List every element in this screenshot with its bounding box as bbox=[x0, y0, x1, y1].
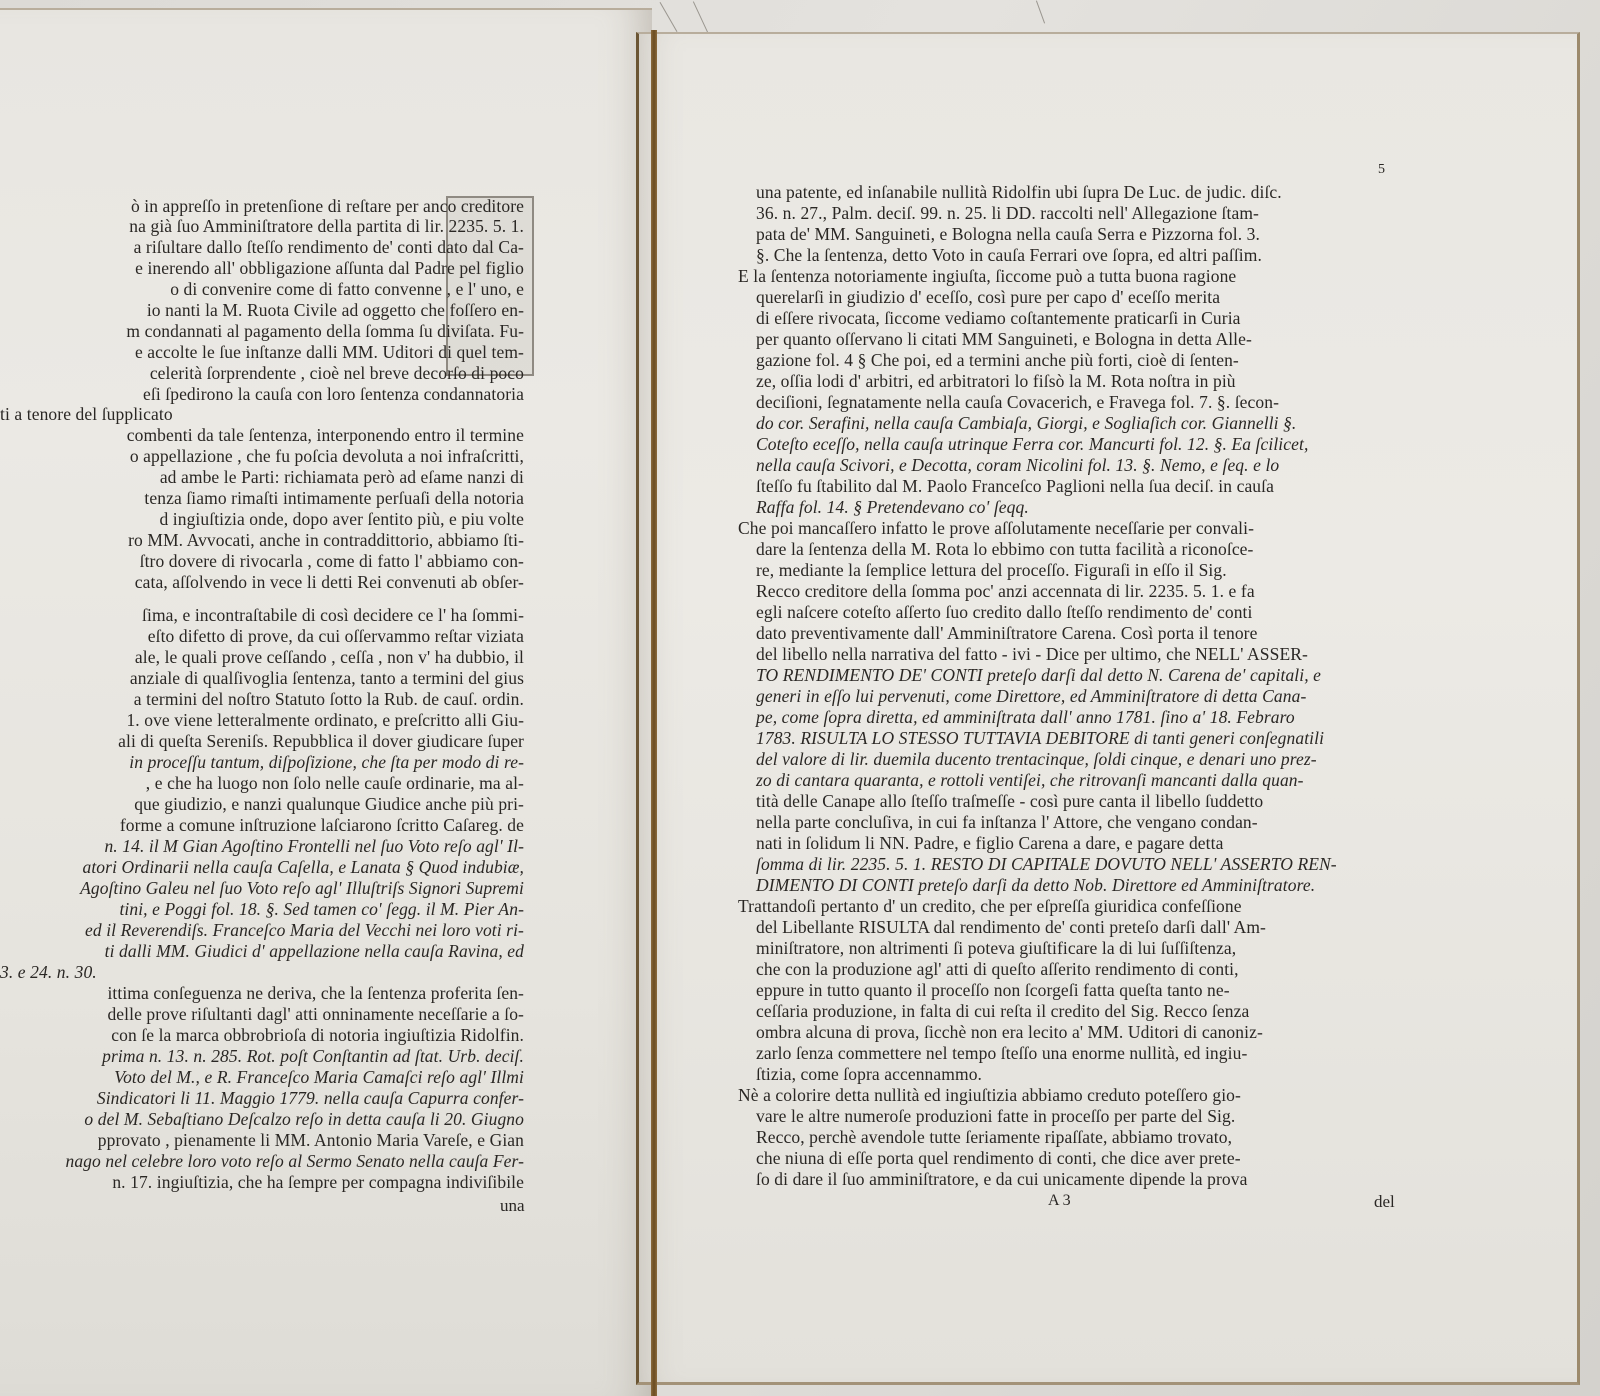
text-line: Recco creditore della ſomma poc' anzi ac… bbox=[756, 581, 1255, 601]
text-line: §. Che la ſentenza, detto Voto in cauſa … bbox=[756, 245, 1262, 265]
text-line: zarlo ſenza commettere nel tempo ſteſſo … bbox=[756, 1043, 1247, 1063]
text-line: Raffa fol. 14. § Pretendevano co' ſeqq. bbox=[756, 497, 1029, 517]
text-line: vare le altre numeroſe produzioni fatte … bbox=[756, 1106, 1235, 1126]
text-line: dare la ſentenza della M. Rota lo ebbimo… bbox=[756, 539, 1253, 559]
text-line: una patente, ed inſanabile nullità Ridol… bbox=[756, 182, 1282, 202]
text-line: del libello nella narrativa del fatto - … bbox=[756, 644, 1308, 664]
text-line: che con la produzione agl' atti di queſt… bbox=[756, 959, 1239, 979]
text-line: ſteſſo fu ſtabilito dal M. Paolo Franceſ… bbox=[756, 476, 1274, 496]
text-line: 1783. RISULTA LO STESSO TUTTAVIA DEBITOR… bbox=[756, 728, 1324, 748]
text-line: gazione fol. 4 § Che poi, ed a termini a… bbox=[756, 350, 1239, 370]
text-line: generi in eſſo lui pervenuti, come Diret… bbox=[756, 686, 1306, 706]
text-line: E la ſentenza notoriamente ingiuſta, ſic… bbox=[738, 266, 1236, 286]
text-line: pata de' MM. Sanguineti, e Bologna nella… bbox=[756, 224, 1260, 244]
text-line: DIMENTO DI CONTI preteſo darſi da detto … bbox=[756, 875, 1315, 895]
text-line: ſomma di lir. 2235. 5. 1. RESTO DI CAPIT… bbox=[756, 854, 1337, 874]
catchword: del bbox=[1374, 1192, 1395, 1212]
text-line: nella cauſa Scivori, e Decotta, coram Ni… bbox=[756, 455, 1279, 475]
text-line: miniſtratore, non altrimenti ſi poteva g… bbox=[756, 938, 1236, 958]
text-line: eppure in tutto quanto il proceſſo non ſ… bbox=[756, 980, 1230, 1000]
text-line: deciſioni, ſegnatamente nella cauſa Cova… bbox=[756, 392, 1279, 412]
text-line: querelarſi in giudizio d' eceſſo, così p… bbox=[756, 287, 1220, 307]
text-line: do cor. Serafini, nella cauſa Cambiaſa, … bbox=[756, 413, 1296, 433]
text-line: Coteſto eceſſo, nella cauſa utrinque Fer… bbox=[756, 434, 1308, 454]
text-line: pe, come ſopra diretta, ed amminiſtrata … bbox=[756, 707, 1295, 727]
text-line: re, mediante la ſemplice lettura del pro… bbox=[756, 560, 1227, 580]
text-line: TO RENDIMENTO DE' CONTI preteſo darſi da… bbox=[756, 665, 1321, 685]
text-line: del Libellante RISULTA dal rendimento de… bbox=[756, 917, 1266, 937]
text-line: ſtizia, come ſopra accennammo. bbox=[756, 1064, 982, 1084]
signature-mark: A 3 bbox=[1048, 1192, 1071, 1210]
text-line: tità delle Canape allo ſteſſo traſmeſſe … bbox=[756, 791, 1263, 811]
text-line: del valore di lir. duemila ducento trent… bbox=[756, 749, 1317, 769]
text-line: nella parte concluſiva, in cui fa inſtan… bbox=[756, 812, 1258, 832]
text-line: ombra alcuna di prova, ſicchè non era le… bbox=[756, 1022, 1263, 1042]
text-line: 36. n. 27., Palm. deciſ. 99. n. 25. li D… bbox=[756, 203, 1259, 223]
right-page-text: 5 una patente, ed inſanabile nullità Rid… bbox=[0, 0, 1600, 1396]
page-number: 5 bbox=[1378, 162, 1385, 178]
text-line: per quanto oſſervano li citati MM Sangui… bbox=[756, 329, 1252, 349]
text-line: egli naſcere coteſto aſſerto ſuo credito… bbox=[756, 602, 1253, 622]
text-line: ſo di dare il ſuo amminiſtratore, e da c… bbox=[756, 1169, 1247, 1189]
text-line: dato preventivamente dall' Amminiſtrator… bbox=[756, 623, 1257, 643]
text-line: che niuna di eſſe porta quel rendimento … bbox=[756, 1148, 1241, 1168]
text-line: Recco, perchè avendole tutte ſeriamente … bbox=[756, 1127, 1232, 1147]
text-line: zo di cantara quaranta, e rottoli ventiſ… bbox=[756, 770, 1304, 790]
text-line: Trattandoſi pertanto d' un credito, che … bbox=[738, 896, 1242, 916]
text-line: nati in ſolidum li NN. Padre, e figlio C… bbox=[756, 833, 1223, 853]
text-line: Che poi mancaſſero infatto le prove aſſo… bbox=[738, 518, 1254, 538]
text-line: di eſſere rivocata, ſiccome vediamo coſt… bbox=[756, 308, 1241, 328]
text-line: Nè a colorire detta nullità ed ingiuſtiz… bbox=[738, 1085, 1241, 1105]
text-line: ceſſaria produzione, in falta di cui reſ… bbox=[756, 1001, 1249, 1021]
text-line: ze, oſſia lodi d' arbitri, ed arbitrator… bbox=[756, 371, 1236, 391]
